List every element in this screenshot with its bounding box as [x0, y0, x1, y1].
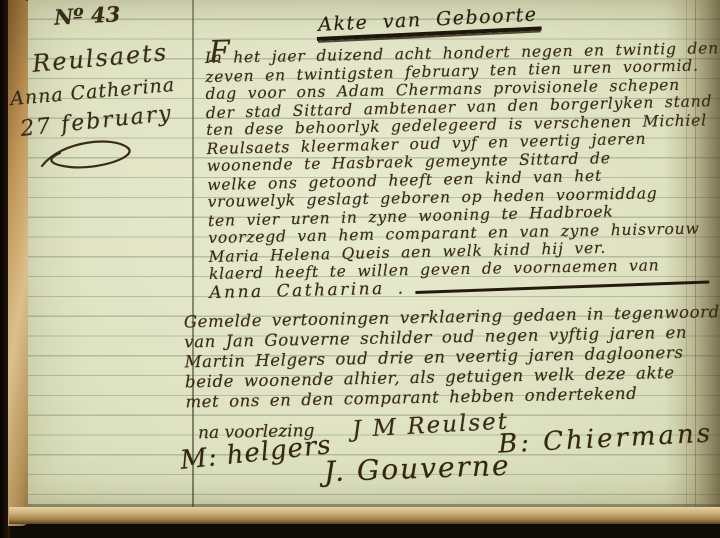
child-name: Anna Catharina .: [209, 279, 406, 302]
page-stack-left-edge: [8, 0, 30, 526]
line-filler-stroke: [416, 280, 710, 294]
signature-comparant: J M Reulset: [352, 408, 510, 442]
act-number: Nº 43: [53, 1, 120, 29]
initial-flourish: F: [208, 35, 229, 70]
signature-witness-gouverne: J. Gouverne: [323, 449, 511, 488]
register-page: Nº 43 Reulsaets Anna Catherina 27 februa…: [28, 0, 720, 507]
scanned-birth-register: Nº 43 Reulsaets Anna Catherina 27 februa…: [0, 0, 720, 538]
margin-surname: Reulsaets: [31, 38, 169, 78]
page-stack-bottom-edge: [9, 507, 720, 524]
act-body: Akte van Geboorte F In het jaer duizend …: [204, 3, 718, 443]
margin-rule-line: [192, 0, 194, 507]
act-paragraph-1: In het jaer duizend acht hondert negen e…: [205, 39, 716, 301]
act-paragraph-2: Gemelde vertooningen verklaering gedaen …: [184, 302, 718, 412]
act-title: Akte van Geboorte: [316, 3, 542, 41]
margin-flourish-icon: [36, 136, 146, 180]
